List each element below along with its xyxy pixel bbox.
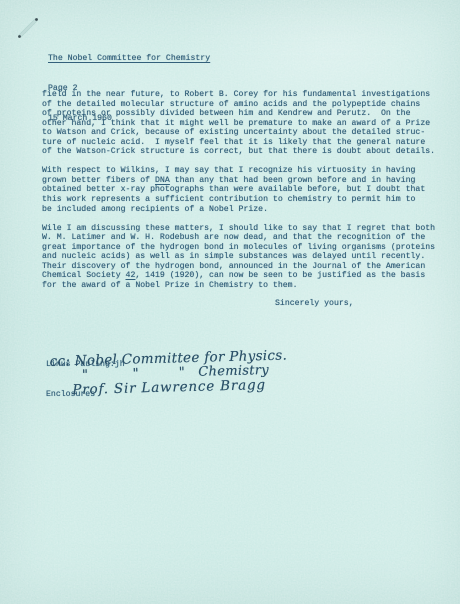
closing-line: Sincerely yours, bbox=[275, 299, 354, 309]
letter-line: Chemical Society 42, 1419 (1920), can no… bbox=[42, 271, 444, 281]
letter-line: be included among recipients of a Nobel … bbox=[42, 205, 444, 215]
letter-line: to Watson and Crick, because of existing… bbox=[42, 128, 444, 138]
handwritten-cc-block: cc: Nobel Committee for Physics. " " " C… bbox=[49, 347, 330, 398]
recipient-line: The Nobel Committee for Chemistry bbox=[48, 54, 210, 64]
letter-page: The Nobel Committee for Chemistry Page 2… bbox=[0, 0, 460, 604]
letter-line: field in the near future, to Robert B. C… bbox=[42, 90, 444, 100]
paragraph: Wile I am discussing these matters, I sh… bbox=[42, 224, 444, 291]
letter-line: Wile I am discussing these matters, I sh… bbox=[42, 224, 444, 234]
letter-line: great importance of the hydrogen bond in… bbox=[42, 243, 444, 253]
paragraph: field in the near future, to Robert B. C… bbox=[42, 90, 444, 157]
letter-line: of proteins or possibly divided between … bbox=[42, 109, 444, 119]
letter-line: W. M. Latimer and W. H. Rodebush are now… bbox=[42, 233, 444, 243]
letter-line: for the award of a Nobel Prize in Chemis… bbox=[42, 281, 444, 291]
letter-body: field in the near future, to Robert B. C… bbox=[42, 90, 444, 300]
letter-line: Their discovery of the hydrogen bond, an… bbox=[42, 262, 444, 272]
letter-line: and nucleic acids) as well as in simple … bbox=[42, 252, 444, 262]
letter-line: With respect to Wilkins, I may say that … bbox=[42, 166, 444, 176]
paragraph: With respect to Wilkins, I may say that … bbox=[42, 166, 444, 214]
letter-line: of the Watson-Crick structure is correct… bbox=[42, 147, 444, 157]
letter-line: other hand, I think that it might well b… bbox=[42, 119, 444, 129]
letter-line: of the detailed molecular structure of a… bbox=[42, 100, 444, 110]
letter-line: ture of nucleic acid. I myself feel that… bbox=[42, 138, 444, 148]
letter-line: this work represents a sufficient contri… bbox=[42, 195, 444, 205]
letter-line: obtained better x-ray photographs than w… bbox=[42, 185, 444, 195]
